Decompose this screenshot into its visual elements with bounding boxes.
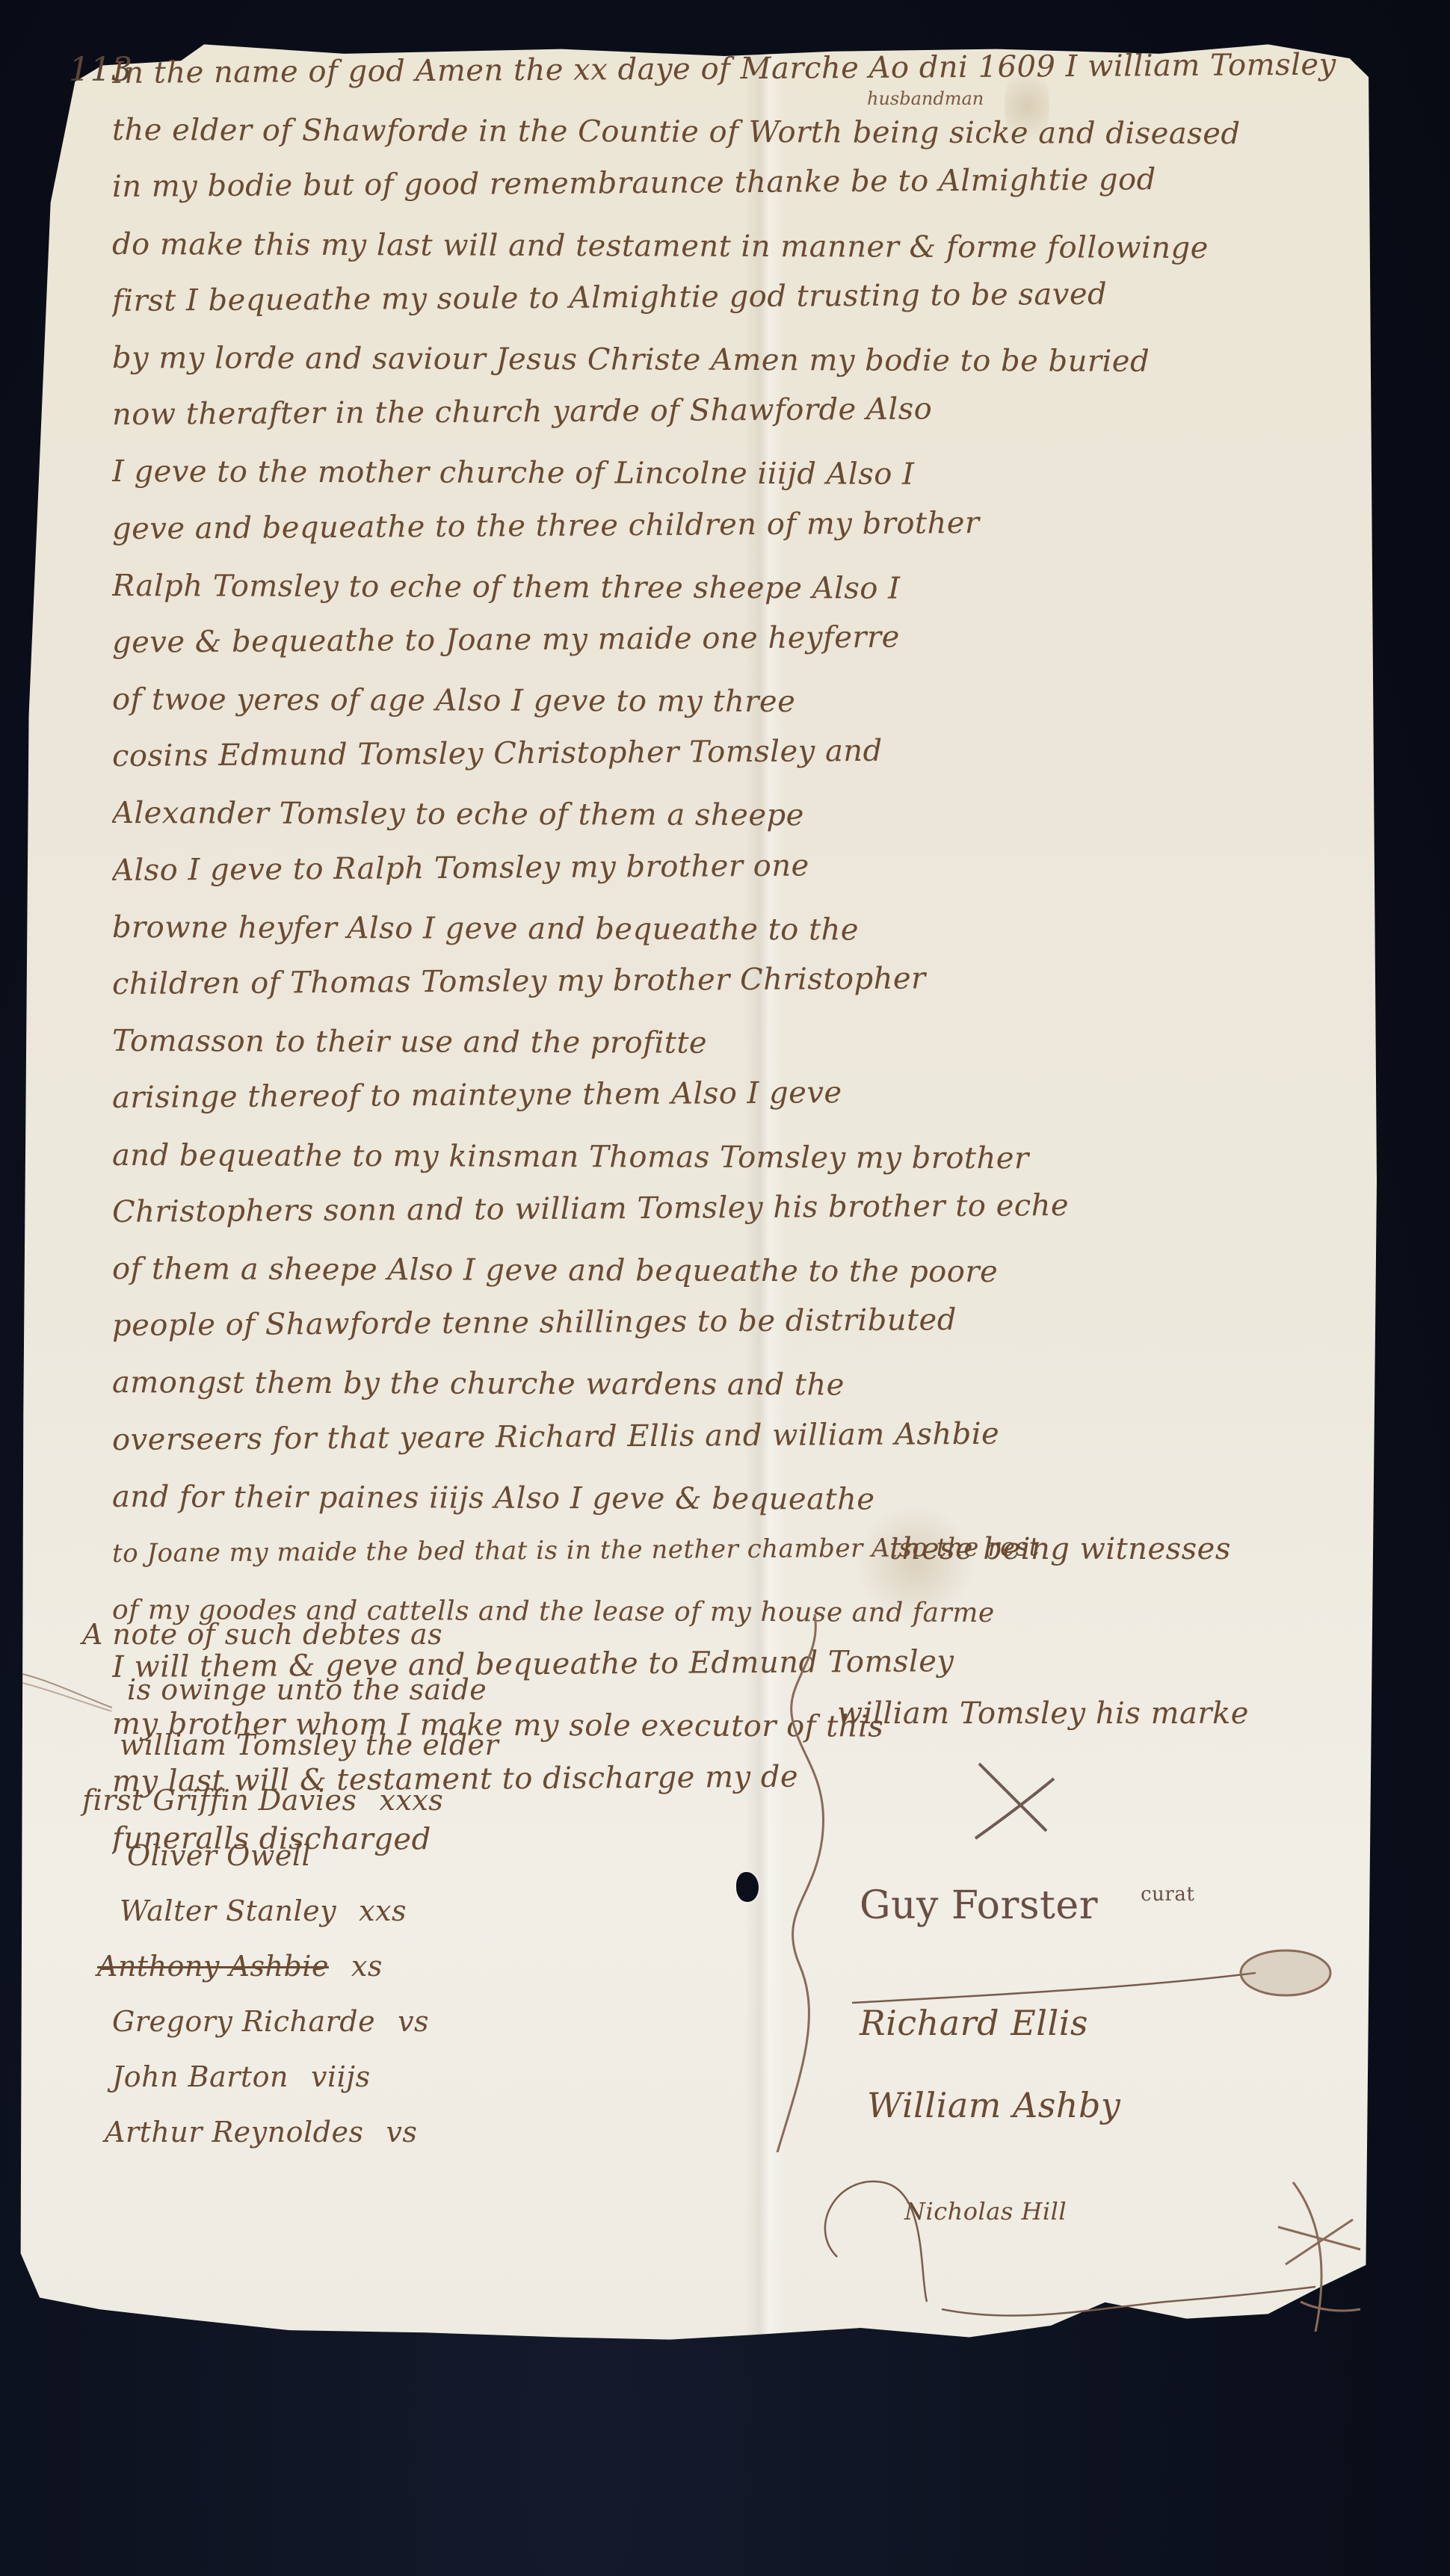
- text-line: first I bequeathe my soule to Almightie …: [112, 264, 1375, 330]
- witness-signature: Nicholas Hill: [904, 2197, 1067, 2226]
- will-body-text: In the name of god Amen the xx daye of M…: [112, 45, 1375, 1867]
- text-line: overseers for that yeare Richard Ellis a…: [112, 1403, 1375, 1468]
- text-line: Christophers sonn and to william Tomsley…: [112, 1175, 1375, 1241]
- witness-signature: William Ashby: [867, 2085, 1120, 2125]
- debt-item: Gregory Richardevs: [82, 1994, 755, 2049]
- debt-item: Oliver Owell: [82, 1828, 755, 1883]
- text-line: people of Shawforde tenne shillinges to …: [112, 1288, 1375, 1354]
- paper-hole: [736, 1872, 759, 1902]
- text-line: children of Thomas Tomsley my brother Ch…: [112, 947, 1375, 1013]
- text-line: geve & bequeathe to Joane my maide one h…: [112, 605, 1375, 671]
- witness-signature: Guy Forster curat: [860, 1883, 1194, 1928]
- debts-heading: A note of such debtes as: [82, 1607, 755, 1662]
- debt-item: Arthur Reynoldesvs: [82, 2104, 755, 2160]
- testator-mark-x: [972, 1756, 1061, 1846]
- debts-subheading: is owinge unto the saide: [82, 1662, 755, 1717]
- brace-flourish: [770, 1614, 830, 2152]
- debt-item: first Griffin Daviesxxxs: [82, 1773, 755, 1828]
- witness-name: Guy Forster: [860, 1883, 1098, 1928]
- debts-list: A note of such debtes as is owinge unto …: [82, 1607, 755, 2160]
- text-line: in my bodie but of good remembraunce tha…: [112, 150, 1375, 216]
- witness-signature: Richard Ellis: [860, 2003, 1088, 2043]
- text-line: cosins Edmund Tomsley Christopher Tomsle…: [112, 719, 1375, 785]
- text-line: now therafter in the church yarde of Sha…: [112, 377, 1375, 443]
- witnesses-closing: these being witnesses: [889, 1532, 1231, 1566]
- debt-item: Walter Stanleyxxs: [82, 1883, 755, 1939]
- debts-debtor-line: william Tomsley the elder: [82, 1717, 755, 1773]
- debt-item-struck: Anthony Ashbiexs: [82, 1939, 755, 1994]
- text-line: arisinge thereof to mainteyne them Also …: [112, 1061, 1375, 1127]
- testator-signature: william Tomsley his marke: [837, 1696, 1249, 1731]
- text-line: geve and bequeathe to the three children…: [112, 492, 1375, 557]
- debt-item: John Bartonviijs: [82, 2049, 755, 2104]
- text-line: Also I geve to Ralph Tomsley my brother …: [112, 833, 1375, 899]
- text-line: In the name of god Amen the xx daye of M…: [112, 36, 1375, 102]
- witness-note: curat: [1141, 1883, 1194, 1906]
